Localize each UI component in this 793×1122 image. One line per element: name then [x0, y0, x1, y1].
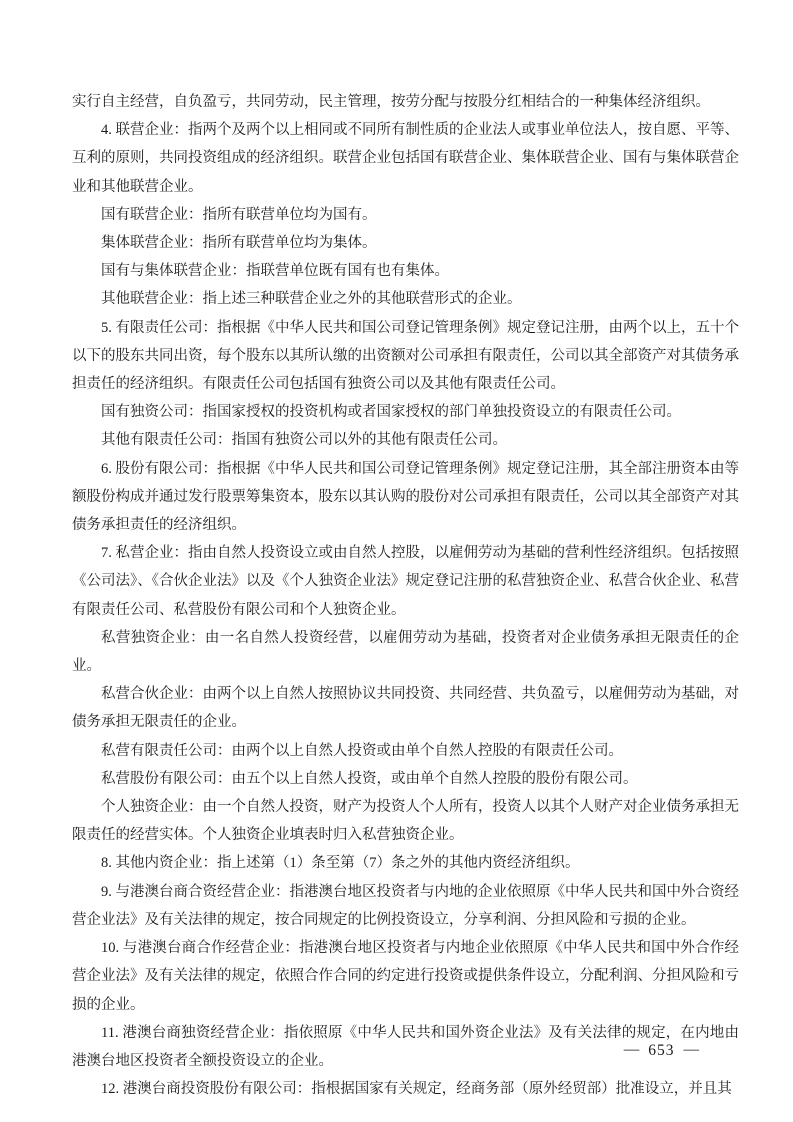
paragraph: 12. 港澳台商投资股份有限公司：指根据国家有关规定，经商务部（原外经贸部）批准… — [72, 1075, 739, 1103]
paragraph: 7. 私营企业：指由自然人投资设立或由自然人控股，以雇佣劳动为基础的营利性经济组… — [72, 539, 739, 624]
paragraph: 4. 联营企业：指两个及两个以上相同或不同所有制性质的企业法人或事业单位法人，按… — [72, 116, 739, 201]
paragraph: 个人独资企业：由一个自然人投资，财产为投资人个人所有，投资人以其个人财产对企业债… — [72, 793, 739, 849]
paragraph: 私营有限责任公司：由两个以上自然人投资或由单个自然人控股的有限责任公司。 — [72, 737, 739, 765]
paragraph: 其他有限责任公司：指国有独资公司以外的其他有限责任公司。 — [72, 426, 739, 454]
paragraph: 10. 与港澳台商合作经营企业：指港澳台地区投资者与内地企业依照原《中华人民共和… — [72, 934, 739, 1019]
page-number: 653 — [648, 1042, 674, 1059]
paragraph: 私营合伙企业：由两个以上自然人按照协议共同投资、共同经营、共负盈亏，以雇佣劳动为… — [72, 680, 739, 736]
paragraph: 国有联营企业：指所有联营单位均为国有。 — [72, 201, 739, 229]
paragraph: 实行自主经营，自负盈亏，共同劳动，民主管理，按劳分配与按股分红相结合的一种集体经… — [72, 88, 739, 116]
paragraph: 8. 其他内资企业：指上述第（1）条至第（7）条之外的其他内资经济组织。 — [72, 849, 739, 877]
paragraph: 集体联营企业：指所有联营单位均为集体。 — [72, 229, 739, 257]
paragraph: 私营股份有限公司：由五个以上自然人投资，或由单个自然人控股的股份有限公司。 — [72, 765, 739, 793]
paragraph: 国有与集体联营企业：指联营单位既有国有也有集体。 — [72, 257, 739, 285]
paragraph: 6. 股份有限公司：指根据《中华人民共和国公司登记管理条例》规定登记注册，其全部… — [72, 455, 739, 540]
page-footer: —653— — [615, 1041, 708, 1061]
paragraph: 5. 有限责任公司：指根据《中华人民共和国公司登记管理条例》规定登记注册，由两个… — [72, 314, 739, 399]
footer-left-dash: — — [624, 1040, 640, 1060]
paragraph: 国有独资公司：指国家授权的投资机构或者国家授权的部门单独投资设立的有限责任公司。 — [72, 398, 739, 426]
paragraph: 9. 与港澳台商合资经营企业：指港澳台地区投资者与内地的企业依照原《中华人民共和… — [72, 878, 739, 934]
paragraph: 私营独资企业：由一名自然人投资经营，以雇佣劳动为基础，投资者对企业债务承担无限责… — [72, 624, 739, 680]
footer-right-dash: — — [684, 1040, 700, 1060]
document-page: 实行自主经营，自负盈亏，共同劳动，民主管理，按劳分配与按股分红相结合的一种集体经… — [0, 0, 793, 1122]
document-body: 实行自主经营，自负盈亏，共同劳动，民主管理，按劳分配与按股分红相结合的一种集体经… — [72, 88, 739, 1103]
paragraph: 其他联营企业：指上述三种联营企业之外的其他联营形式的企业。 — [72, 285, 739, 313]
